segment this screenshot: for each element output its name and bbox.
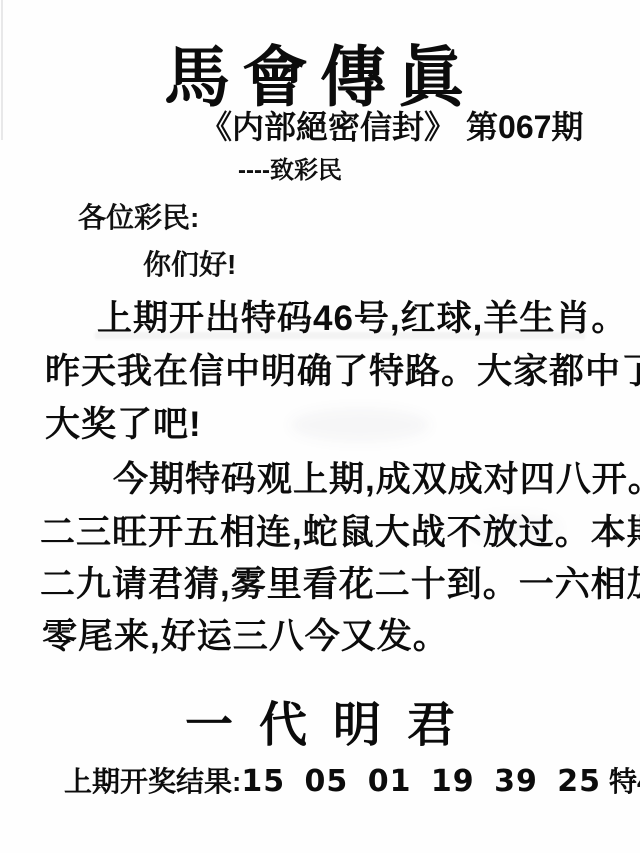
body-line: 二九请君猜,雾里看花二十到。一六相加 (40, 557, 640, 607)
scan-smudge (290, 408, 430, 442)
body-line: 二三旺开五相连,蛇鼠大战不放过。本期 (40, 505, 640, 555)
body-line: 零尾来,好运三八今又发。 (42, 609, 449, 659)
body-line: 昨天我在信中明确了特路。大家都中了 (45, 344, 640, 394)
issue-subtitle: 《内部絕密信封》第067期 (200, 102, 583, 148)
result-label: 上期开奖结果: (64, 766, 241, 797)
signature-title: 一代明君 (0, 686, 640, 755)
result-numbers: 15 05 01 19 39 25 (241, 764, 601, 799)
body-line: 大奖了吧! (45, 397, 202, 447)
fax-letter-page: 馬會傳眞 《内部絕密信封》第067期 ----致彩民 各位彩民: 你们好! 上期… (0, 0, 640, 853)
body-line: 今期特码观上期,成双成对四八开。 (113, 452, 640, 502)
result-special-number: 特46 (609, 766, 640, 797)
dedication-line: ----致彩民 (238, 150, 342, 185)
previous-draw-result: 上期开奖结果:15 05 01 19 39 25特46 (64, 760, 640, 800)
body-line: 上期开出特码46号,红球,羊生肖。 (97, 291, 627, 341)
salutation: 各位彩民: (78, 196, 199, 236)
issue-number: 第067期 (466, 109, 583, 145)
envelope-label: 《内部絕密信封》 (200, 109, 456, 145)
greeting: 你们好! (143, 243, 236, 283)
